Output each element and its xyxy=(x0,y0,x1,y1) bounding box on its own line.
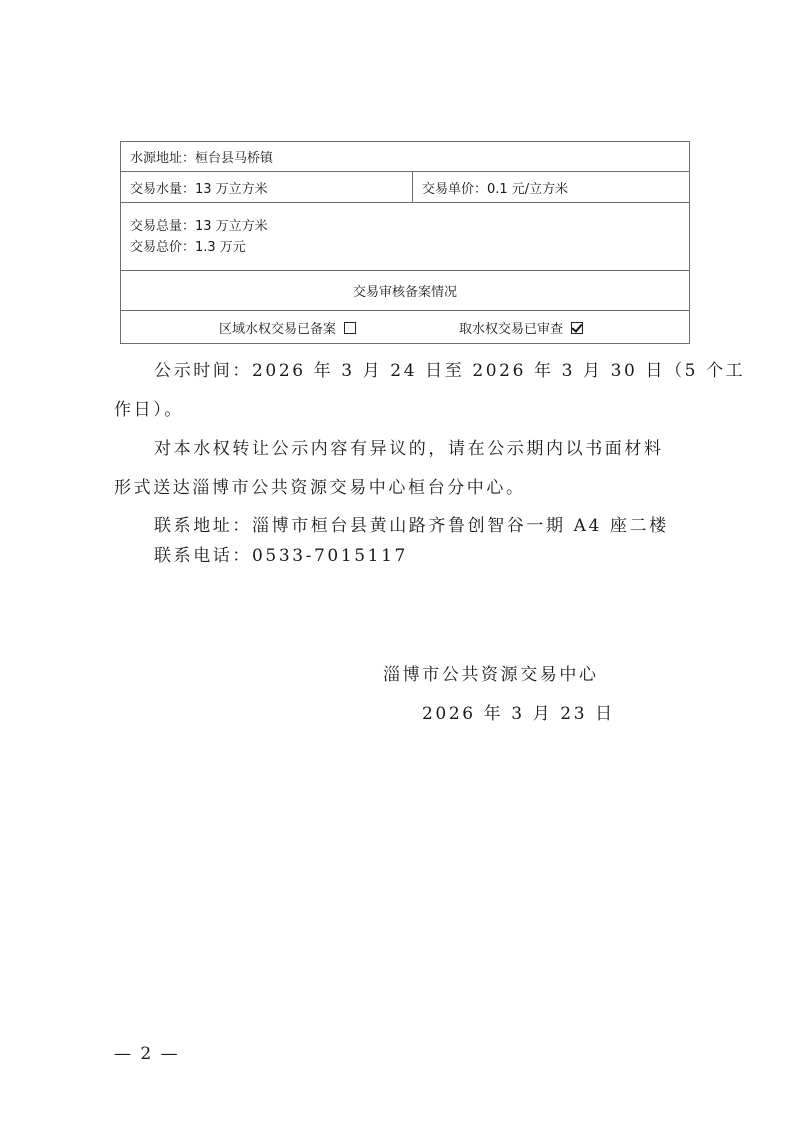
review-status-row: 区域水权交易已备案 取水权交易已审查 xyxy=(121,311,689,344)
regional-filed-label: 区域水权交易已备案 xyxy=(219,318,336,337)
totals-cell: 交易总量：13 万立方米 交易总价：1.3 万元 xyxy=(121,203,689,270)
water-source-row: 水源地址：桓台县马桥镇 xyxy=(121,142,689,172)
review-header-row: 交易审核备案情况 xyxy=(121,271,689,311)
regional-filed-checkbox[interactable] xyxy=(344,322,356,334)
contact-phone: 联系电话：0533-7015117 xyxy=(154,541,408,566)
issuing-organization: 淄博市公共资源交易中心 xyxy=(383,660,599,685)
volume-price-row: 交易水量：13 万立方米 交易单价：0.1 元/立方米 xyxy=(121,172,689,203)
page-number: — 2 — xyxy=(114,1044,180,1064)
trade-volume: 交易水量：13 万立方米 xyxy=(121,172,413,202)
totals-row: 交易总量：13 万立方米 交易总价：1.3 万元 xyxy=(121,203,689,271)
withdrawal-reviewed-item: 取水权交易已审查 xyxy=(459,311,659,344)
water-source-address: 水源地址：桓台县马桥镇 xyxy=(121,142,689,171)
contact-address: 联系地址：淄博市桓台县黄山路齐鲁创智谷一期 A4 座二楼 xyxy=(154,511,669,536)
total-volume: 交易总量：13 万立方米 xyxy=(130,216,268,237)
notice-period-line1: 公示时间：2026 年 3 月 24 日至 2026 年 3 月 30 日（5 … xyxy=(154,356,745,381)
review-section-title: 交易审核备案情况 xyxy=(121,271,689,310)
notice-period-line2: 作日）。 xyxy=(114,395,184,420)
withdrawal-reviewed-checkbox[interactable] xyxy=(571,322,583,334)
objection-line2: 形式送达淄博市公共资源交易中心桓台分中心。 xyxy=(114,473,526,498)
total-price: 交易总价：1.3 万元 xyxy=(130,237,246,258)
unit-price: 交易单价：0.1 元/立方米 xyxy=(413,172,689,202)
water-rights-table: 水源地址：桓台县马桥镇 交易水量：13 万立方米 交易单价：0.1 元/立方米 … xyxy=(120,141,690,344)
issue-date: 2026 年 3 月 23 日 xyxy=(422,699,615,724)
withdrawal-reviewed-label: 取水权交易已审查 xyxy=(459,318,563,337)
regional-filed-item: 区域水权交易已备案 xyxy=(219,311,419,344)
objection-line1: 对本水权转让公示内容有异议的，请在公示期内以书面材料 xyxy=(154,434,664,459)
